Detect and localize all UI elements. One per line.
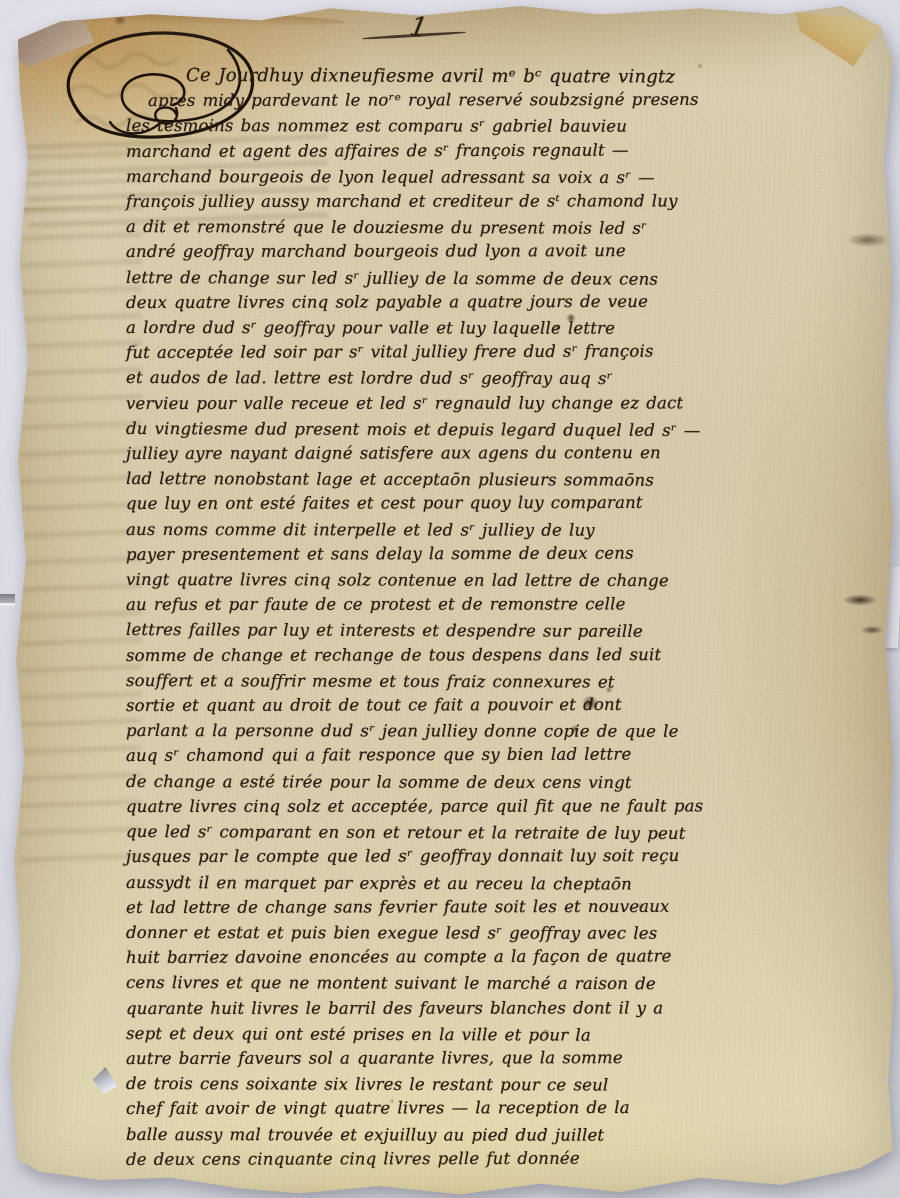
manuscript-line: chef fait avoir de vingt quatre livres —… (126, 1095, 874, 1122)
manuscript-line: et audos de lad. lettre est lordre dud s… (126, 365, 874, 392)
manuscript-line: deux quatre livres cinq solz payable a q… (126, 288, 874, 315)
manuscript-line: somme de change et rechange de tous desp… (126, 641, 874, 668)
manuscript-line: quarante huit livres le barril des faveu… (126, 995, 874, 1021)
manuscript-line: vingt quatre livres cinq solz contenue e… (126, 567, 874, 594)
manuscript-line: et lad lettre de change sans fevrier fau… (126, 893, 874, 920)
manuscript-line: les tesmoins bas nommez est comparu sʳ g… (126, 113, 874, 139)
manuscript-line: donner et estat et puis bien exegue lesd… (126, 920, 874, 946)
page-number: 1 (408, 13, 430, 43)
manuscript-line: autre barrie faveurs sol a quarante livr… (126, 1045, 874, 1072)
manuscript-line: au refus et par faute de ce protest et d… (126, 591, 874, 617)
photo-background: 1 Ce Jourdhuy dixneufiesme avril mᵉ bᶜ q… (0, 0, 900, 1198)
manuscript-line: quatre livres cinq solz et acceptée, par… (126, 793, 874, 819)
manuscript-line: vervieu pour valle receue et led sʳ regn… (126, 390, 874, 416)
manuscript-line: françois julliey aussy marchand et credi… (126, 188, 874, 214)
manuscript-line: marchand et agent des affaires de sʳ fra… (126, 137, 874, 164)
manuscript-line: julliey ayre nayant daigné satisfere aux… (126, 440, 874, 467)
manuscript-line: andré geoffray marchand bourgeois dud ly… (126, 238, 874, 265)
manuscript-line: marchand bourgeois de lyon lequel adress… (126, 164, 874, 191)
paper-hole (92, 1066, 119, 1095)
manuscript-line: jusques par le compte que led sʳ geoffra… (126, 843, 874, 870)
manuscript-line: que luy en ont esté faites et cest pour … (126, 490, 874, 517)
page-number-group: 1 (360, 10, 480, 58)
ink-bleedthrough-margin (20, 140, 142, 870)
manuscript-page-wrap: 1 Ce Jourdhuy dixneufiesme avril mᵉ bᶜ q… (0, 0, 900, 1198)
manuscript-line: balle aussy mal trouvée et exjuilluy au … (126, 1122, 874, 1148)
manuscript-line: auq sʳ chamond qui a fait responce que s… (126, 741, 874, 768)
manuscript-text: Ce Jourdhuy dixneufiesme avril mᵉ bᶜ qua… (126, 63, 874, 1172)
manuscript-line: de deux cens cinquante cinq livres pelle… (126, 1145, 874, 1172)
manuscript-line: huit barriez davoine enoncées au compte … (126, 943, 874, 970)
manuscript-line: payer presentement et sans delay la somm… (126, 540, 874, 567)
manuscript-line: fut acceptée led soir par sʳ vital julli… (126, 338, 874, 365)
manuscript-line: cens livres et que ne montent suivant le… (126, 970, 874, 997)
manuscript-line: de change a esté tirée pour la somme de … (126, 769, 874, 796)
manuscript-line: apres midy pardevant le noʳᵉ royal reser… (148, 87, 874, 114)
manuscript-page: 1 Ce Jourdhuy dixneufiesme avril mᵉ bᶜ q… (0, 0, 900, 1198)
manuscript-line: aus noms comme dit interpelle et led sʳ … (126, 517, 874, 543)
folded-flap-top-right (794, 4, 890, 72)
manuscript-line: sortie et quant au droit de tout ce fait… (126, 692, 874, 719)
